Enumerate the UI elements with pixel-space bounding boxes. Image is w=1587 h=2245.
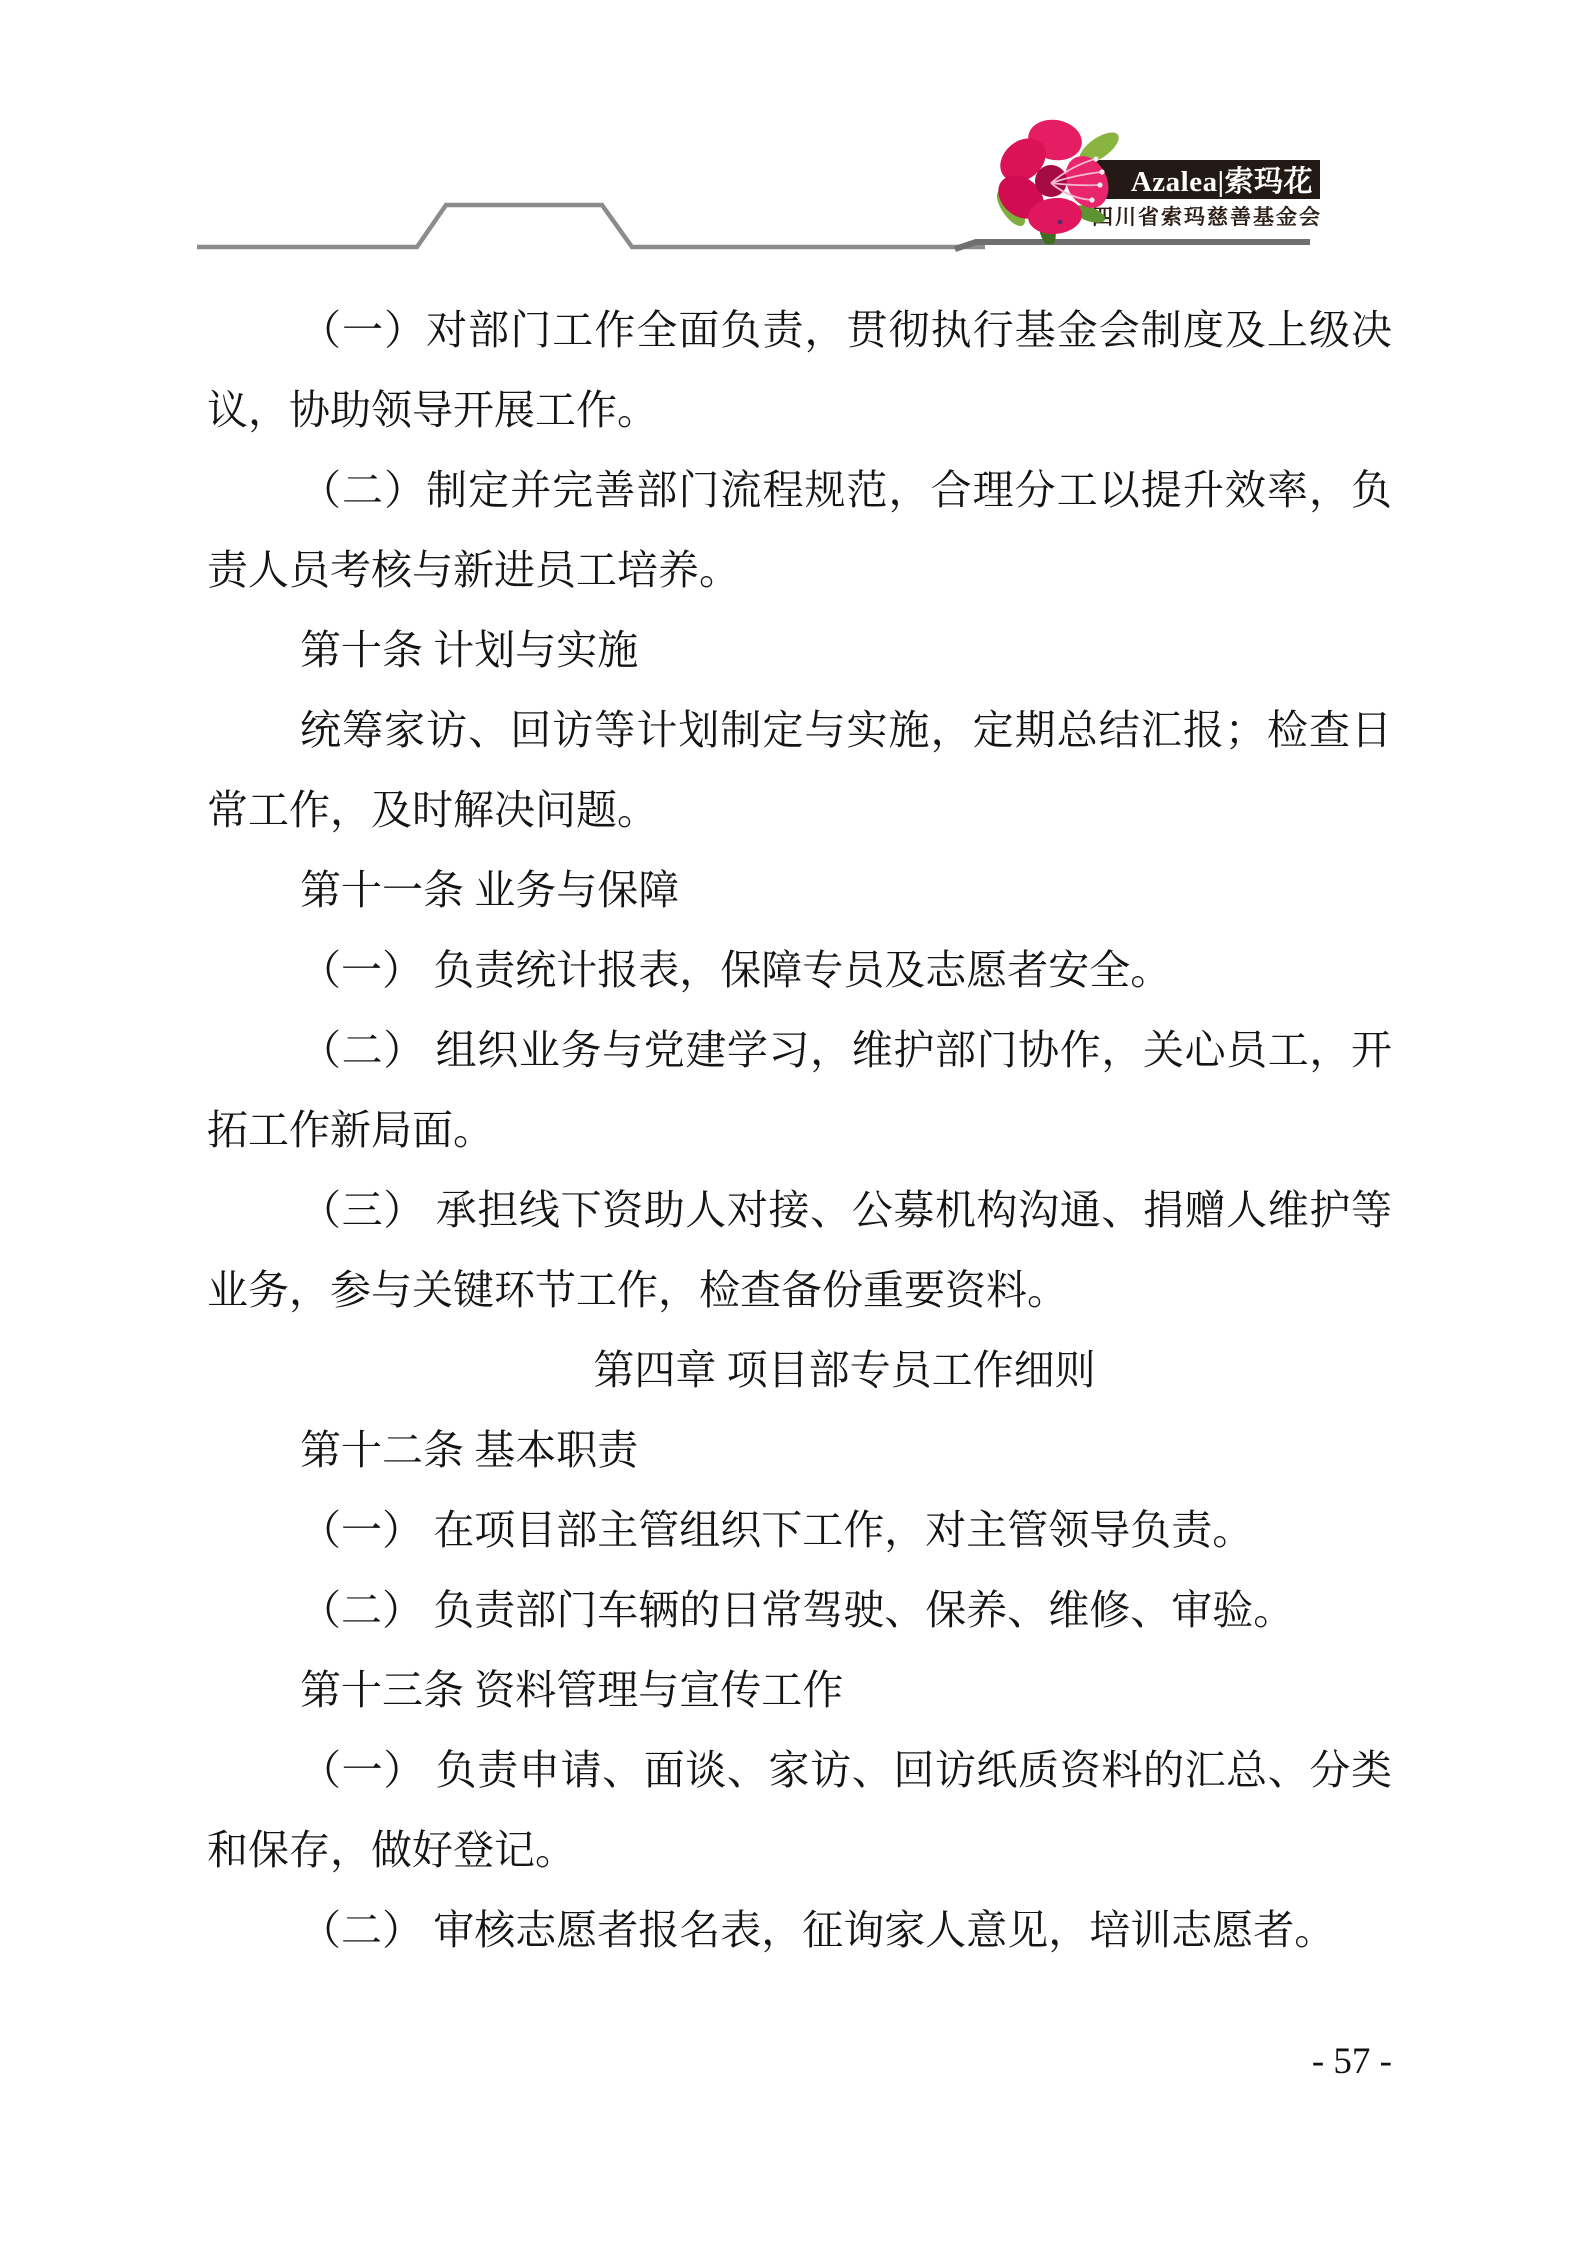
text-line: （二）制定并完善部门流程规范，合理分工以提升效率，负 (207, 450, 1392, 530)
page-number: - 57 - (207, 2040, 1392, 2084)
logo-brand-text: Azalea|索玛花 (1131, 159, 1313, 200)
text-line: 第十一条 业务与保障 (207, 850, 1392, 930)
text-line: 第四章 项目部专员工作细则 (207, 1330, 1392, 1410)
text-line: （二） 审核志愿者报名表，征询家人意见，培训志愿者。 (207, 1890, 1392, 1970)
text-line: 业务，参与关键环节工作，检查备份重要资料。 (207, 1250, 1392, 1330)
text-line: 第十条 计划与实施 (207, 610, 1392, 690)
text-line: （一） 在项目部主管组织下工作，对主管领导负责。 (207, 1490, 1392, 1570)
text-line: 拓工作新局面。 (207, 1090, 1392, 1170)
text-line: （一）对部门工作全面负责，贯彻执行基金会制度及上级决 (207, 290, 1392, 370)
text-line: （二） 负责部门车辆的日常驾驶、保养、维修、审验。 (207, 1570, 1392, 1650)
text-line: 统筹家访、回访等计划制定与实施，定期总结汇报；检查日 (207, 690, 1392, 770)
text-line: 第十二条 基本职责 (207, 1410, 1392, 1490)
text-line: （一） 负责统计报表，保障专员及志愿者安全。 (207, 930, 1392, 1010)
text-line: 第十三条 资料管理与宣传工作 (207, 1650, 1392, 1730)
header-rule (0, 0, 1587, 280)
text-line: （二） 组织业务与党建学习，维护部门协作，关心员工，开 (207, 1010, 1392, 1090)
text-line: （一） 负责申请、面谈、家访、回访纸质资料的汇总、分类 (207, 1730, 1392, 1810)
text-line: 议，协助领导开展工作。 (207, 370, 1392, 450)
document-page: Azalea|索玛花 四川省索玛慈善基金会 （一）对部门工作全面负 (0, 0, 1587, 2245)
azalea-flower-icon (993, 112, 1141, 244)
text-line: （三） 承担线下资助人对接、公募机构沟通、捐赠人维护等 (207, 1170, 1392, 1250)
text-line: 常工作，及时解决问题。 (207, 770, 1392, 850)
text-line: 和保存，做好登记。 (207, 1810, 1392, 1890)
document-body: （一）对部门工作全面负责，贯彻执行基金会制度及上级决议，协助领导开展工作。（二）… (207, 290, 1392, 1970)
text-line: 责人员考核与新进员工培养。 (207, 530, 1392, 610)
